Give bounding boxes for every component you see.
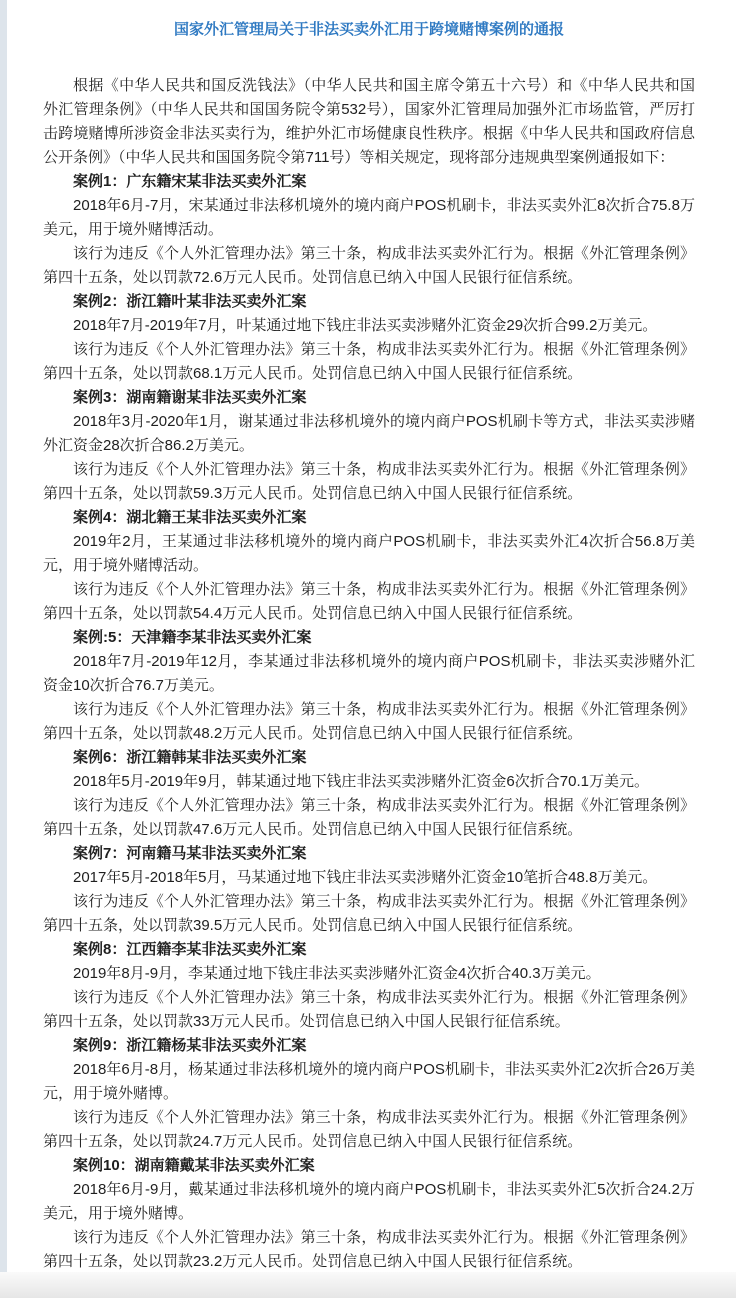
case-facts: 2018年7月-2019年7月，叶某通过地下钱庄非法买卖涉赌外汇资金29次折合9… (43, 314, 695, 338)
case-block: 案例2：浙江籍叶某非法买卖外汇案 2018年7月-2019年7月，叶某通过地下钱… (43, 290, 695, 386)
case-penalty: 该行为违反《个人外汇管理办法》第三十条，构成非法买卖外汇行为。根据《外汇管理条例… (43, 698, 695, 746)
case-facts: 2018年3月-2020年1月，谢某通过非法移机境外的境内商户POS机刷卡等方式… (43, 410, 695, 458)
case-block: 案例4：湖北籍王某非法买卖外汇案 2019年2月，王某通过非法移机境外的境内商户… (43, 506, 695, 626)
case-penalty: 该行为违反《个人外汇管理办法》第三十条，构成非法买卖外汇行为。根据《外汇管理条例… (43, 794, 695, 842)
document-viewer: 国家外汇管理局关于非法买卖外汇用于跨境赌博案例的通报 根据《中华人民共和国反洗钱… (0, 0, 736, 1298)
page-bottom-area (0, 1272, 736, 1298)
case-heading: 案例3：湖南籍谢某非法买卖外汇案 (43, 386, 695, 410)
case-penalty: 该行为违反《个人外汇管理办法》第三十条，构成非法买卖外汇行为。根据《外汇管理条例… (43, 578, 695, 626)
case-facts: 2018年6月-9月，戴某通过非法移机境外的境内商户POS机刷卡，非法买卖外汇5… (43, 1178, 695, 1226)
case-facts: 2018年5月-2019年9月，韩某通过地下钱庄非法买卖涉赌外汇资金6次折合70… (43, 770, 695, 794)
document-page: 国家外汇管理局关于非法买卖外汇用于跨境赌博案例的通报 根据《中华人民共和国反洗钱… (7, 0, 712, 1274)
case-heading: 案例10：湖南籍戴某非法买卖外汇案 (43, 1154, 695, 1178)
case-block: 案例9：浙江籍杨某非法买卖外汇案 2018年6月-8月，杨某通过非法移机境外的境… (43, 1034, 695, 1154)
page-left-edge (0, 0, 7, 1298)
case-block: 案例3：湖南籍谢某非法买卖外汇案 2018年3月-2020年1月，谢某通过非法移… (43, 386, 695, 506)
case-facts: 2018年6月-8月，杨某通过非法移机境外的境内商户POS机刷卡，非法买卖外汇2… (43, 1058, 695, 1106)
case-block: 案例7：河南籍马某非法买卖外汇案 2017年5月-2018年5月，马某通过地下钱… (43, 842, 695, 938)
case-penalty: 该行为违反《个人外汇管理办法》第三十条，构成非法买卖外汇行为。根据《外汇管理条例… (43, 458, 695, 506)
case-penalty: 该行为违反《个人外汇管理办法》第三十条，构成非法买卖外汇行为。根据《外汇管理条例… (43, 1106, 695, 1154)
case-block: 案例6：浙江籍韩某非法买卖外汇案 2018年5月-2019年9月，韩某通过地下钱… (43, 746, 695, 842)
case-penalty: 该行为违反《个人外汇管理办法》第三十条，构成非法买卖外汇行为。根据《外汇管理条例… (43, 890, 695, 938)
case-heading: 案例6：浙江籍韩某非法买卖外汇案 (43, 746, 695, 770)
case-penalty: 该行为违反《个人外汇管理办法》第三十条，构成非法买卖外汇行为。根据《外汇管理条例… (43, 1226, 695, 1274)
case-block: 案例1：广东籍宋某非法买卖外汇案 2018年6月-7月，宋某通过非法移机境外的境… (43, 170, 695, 290)
document-title: 国家外汇管理局关于非法买卖外汇用于跨境赌博案例的通报 (43, 19, 695, 40)
case-heading: 案例4：湖北籍王某非法买卖外汇案 (43, 506, 695, 530)
case-block: 案例:5：天津籍李某非法买卖外汇案 2018年7月-2019年12月，李某通过非… (43, 626, 695, 746)
case-heading: 案例7：河南籍马某非法买卖外汇案 (43, 842, 695, 866)
case-facts: 2019年8月-9月，李某通过地下钱庄非法买卖涉赌外汇资金4次折合40.3万美元… (43, 962, 695, 986)
case-facts: 2018年7月-2019年12月，李某通过非法移机境外的境内商户POS机刷卡，非… (43, 650, 695, 698)
case-block: 案例10：湖南籍戴某非法买卖外汇案 2018年6月-9月，戴某通过非法移机境外的… (43, 1154, 695, 1274)
intro-paragraph: 根据《中华人民共和国反洗钱法》（中华人民共和国主席令第五十六号）和《中华人民共和… (43, 74, 695, 170)
case-penalty: 该行为违反《个人外汇管理办法》第三十条，构成非法买卖外汇行为。根据《外汇管理条例… (43, 986, 695, 1034)
case-penalty: 该行为违反《个人外汇管理办法》第三十条，构成非法买卖外汇行为。根据《外汇管理条例… (43, 338, 695, 386)
case-heading: 案例9：浙江籍杨某非法买卖外汇案 (43, 1034, 695, 1058)
case-block: 案例8：江西籍李某非法买卖外汇案 2019年8月-9月，李某通过地下钱庄非法买卖… (43, 938, 695, 1034)
case-heading: 案例1：广东籍宋某非法买卖外汇案 (43, 170, 695, 194)
case-facts: 2019年2月，王某通过非法移机境外的境内商户POS机刷卡，非法买卖外汇4次折合… (43, 530, 695, 578)
case-penalty: 该行为违反《个人外汇管理办法》第三十条，构成非法买卖外汇行为。根据《外汇管理条例… (43, 242, 695, 290)
case-heading: 案例8：江西籍李某非法买卖外汇案 (43, 938, 695, 962)
case-heading: 案例:5：天津籍李某非法买卖外汇案 (43, 626, 695, 650)
case-facts: 2018年6月-7月，宋某通过非法移机境外的境内商户POS机刷卡，非法买卖外汇8… (43, 194, 695, 242)
case-facts: 2017年5月-2018年5月，马某通过地下钱庄非法买卖涉赌外汇资金10笔折合4… (43, 866, 695, 890)
case-heading: 案例2：浙江籍叶某非法买卖外汇案 (43, 290, 695, 314)
